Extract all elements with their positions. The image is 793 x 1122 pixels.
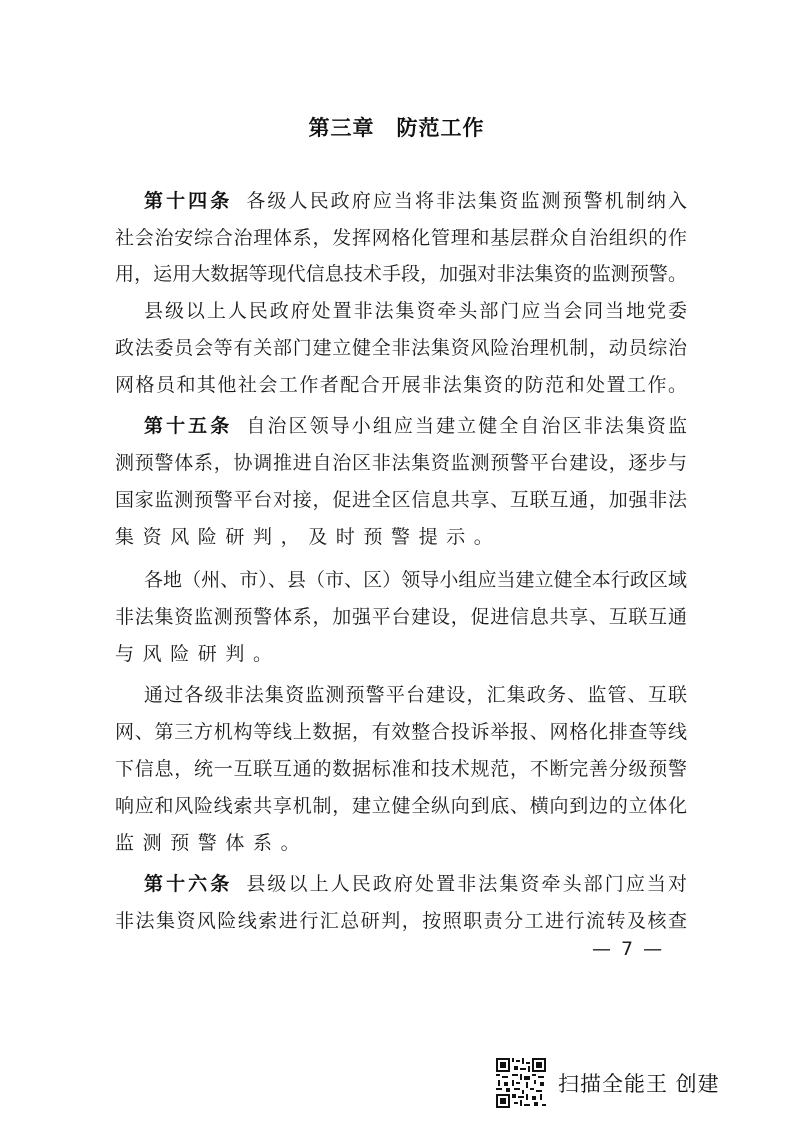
qr-code-icon bbox=[496, 1058, 546, 1108]
document-page: 第三章防范工作 第十四条各级人民政府应当将非法集资监测预警机制纳入 社会治安综合… bbox=[0, 0, 793, 1122]
paragraph-line: 响应和风险线索共享机制，建立健全纵向到底、横向到边的立体化 bbox=[115, 794, 687, 818]
paragraph-line: 下信息，统一互联互通的数据标准和技术规范，不断完善分级预警 bbox=[115, 757, 687, 781]
page-number: — 7 — bbox=[592, 938, 664, 960]
paragraph-line: 第十四条各级人民政府应当将非法集资监测预警机制纳入 bbox=[144, 189, 687, 213]
chapter-number: 第三章 bbox=[309, 116, 375, 140]
paragraph-line: 通过各级非法集资监测预警平台建设，汇集政务、监管、互联 bbox=[144, 683, 687, 707]
paragraph-line: 与风险研判。 bbox=[115, 642, 687, 666]
article-label: 第十五条 bbox=[144, 415, 232, 437]
scanner-watermark-text: 扫描全能王 创建 bbox=[558, 1068, 720, 1098]
paragraph-line: 第十六条县级以上人民政府处置非法集资牵头部门应当对 bbox=[144, 872, 687, 896]
paragraph-line: 网、第三方机构等线上数据，有效整合投诉举报、网格化排查等线 bbox=[115, 720, 687, 744]
paragraph-line: 国家监测预警平台对接，促进全区信息共享、互联互通，加强非法 bbox=[115, 488, 687, 512]
paragraph-line: 县级以上人民政府处置非法集资牵头部门应当会同当地党委 bbox=[144, 299, 687, 323]
paragraph-line: 集资风险研判，及时预警提示。 bbox=[115, 525, 687, 549]
scanner-watermark: 扫描全能王 创建 bbox=[496, 1058, 720, 1108]
paragraph-line: 社会治安综合治理体系，发挥网格化管理和基层群众自治组织的作 bbox=[115, 226, 687, 250]
paragraph-line: 网格员和其他社会工作者配合开展非法集资的防范和处置工作。 bbox=[115, 373, 687, 397]
paragraph-line: 非法集资监测预警体系，加强平台建设，促进信息共享、互联互通 bbox=[115, 605, 687, 629]
paragraph-line: 各地（州、市）、县（市、区）领导小组应当建立健全本行政区域 bbox=[144, 568, 687, 592]
article-label: 第十六条 bbox=[144, 873, 232, 895]
chapter-title: 防范工作 bbox=[397, 116, 485, 140]
paragraph-line: 第十五条自治区领导小组应当建立健全自治区非法集资监 bbox=[144, 414, 687, 438]
paragraph-line: 政法委员会等有关部门建立健全非法集资风险治理机制，动员综治 bbox=[115, 336, 687, 360]
article-label: 第十四条 bbox=[144, 190, 232, 212]
paragraph-line: 用，运用大数据等现代信息技术手段，加强对非法集资的监测预警。 bbox=[115, 262, 687, 286]
chapter-heading: 第三章防范工作 bbox=[0, 112, 793, 142]
paragraph-line: 非法集资风险线索进行汇总研判，按照职责分工进行流转及核查 bbox=[115, 909, 687, 933]
paragraph-line: 测预警体系，协调推进自治区非法集资监测预警平台建设，逐步与 bbox=[115, 451, 687, 475]
paragraph-line: 监测预警体系。 bbox=[115, 831, 687, 855]
